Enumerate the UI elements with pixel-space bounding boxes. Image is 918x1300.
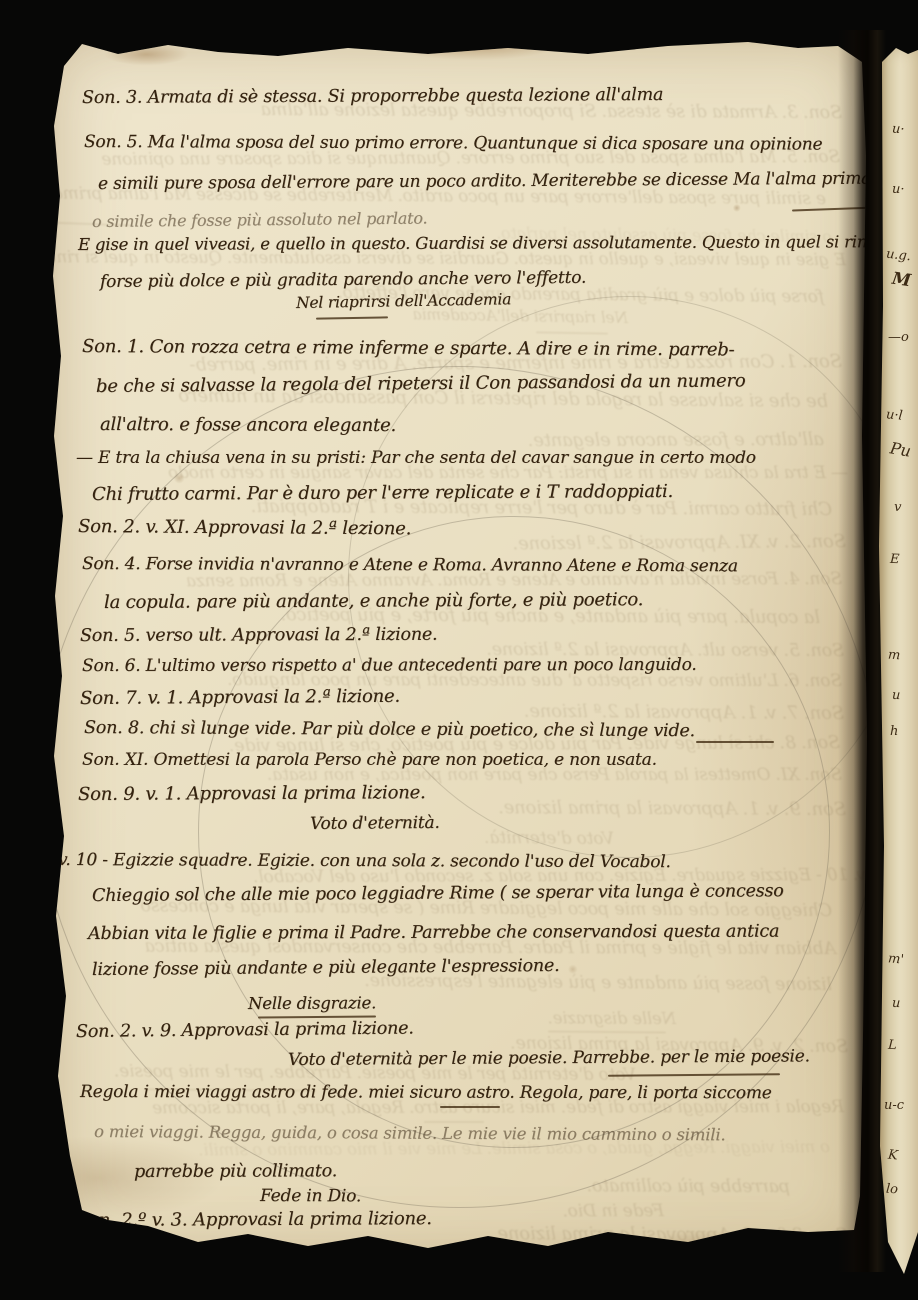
manuscript-line: Son. 7. v. 1. Approvasi la 2.ª lizione. (80, 686, 400, 709)
underline-stroke (696, 741, 774, 743)
manuscript-line: forse più dolce e più gradita parendo an… (100, 268, 586, 292)
page-fragment: Pu (889, 438, 913, 460)
page-fragment: L (888, 1038, 897, 1053)
page-fragment: lo (885, 1182, 898, 1198)
page-gutter (838, 30, 886, 1272)
heading-line: Nel riaprirsi dell'Accademia (296, 290, 512, 312)
page-fragment: u (892, 688, 901, 703)
underline-stroke (316, 316, 388, 319)
manuscript-line: la copula. pare più andante, e anche più… (104, 589, 643, 613)
manuscript-line: all'altro. e fosse ancora elegante. (100, 414, 396, 436)
manuscript-line: Chi frutto carmi. Par è duro per l'erre … (92, 481, 673, 505)
manuscript-line: parrebbe più collimato. (134, 1161, 337, 1182)
manuscript-line: Son. 2.º v. 3. Approvasi la prima lizion… (76, 1208, 432, 1231)
adjacent-page-edge: u· u· u.g. M —o u·l Pu v E m u h m' u L … (878, 46, 918, 1290)
manuscript-line: e simili pure sposa dell'errore pare un … (98, 169, 871, 194)
page-fragment: M (891, 269, 912, 291)
manuscript-line: Regola i miei viaggi astro di fede. miei… (80, 1082, 772, 1103)
manuscript-line: — E tra la chiusa vena in su pristi: Par… (76, 448, 756, 468)
manuscript-line: lizione fosse più andante e più elegante… (92, 956, 560, 980)
manuscript-line: Son. XI. Omettesi la parola Perso chè pa… (82, 750, 657, 770)
manuscript-line: Son. 2. v. 9. Approvasi la prima lizione… (76, 1018, 414, 1042)
underline-stroke (258, 1015, 376, 1018)
page-fragment: u.g. (885, 247, 911, 265)
page-fragment: h (890, 724, 898, 739)
heading-line: Nelle disgrazie. (248, 993, 376, 1013)
manuscript-photo: Son. 3. Armata di sè stessa. Si proporre… (0, 0, 918, 1300)
page-fragment: m' (887, 951, 904, 967)
manuscript-line: be che si salvasse la regola del ripeter… (96, 370, 746, 397)
page-fragment: m (887, 648, 900, 664)
manuscript-line: v. 10 - Egizzie squadre. Egizie. con una… (58, 850, 671, 872)
manuscript-page: Son. 3. Armata di sè stessa. Si proporre… (48, 36, 868, 1264)
underline-stroke (440, 1106, 500, 1108)
manuscript-line: Son. 5. verso ult. Approvasi la 2.ª lizi… (80, 625, 437, 646)
manuscript-line: Son. 5. Ma l'alma sposa del suo primo er… (84, 132, 822, 155)
page-fragment: v (894, 500, 902, 515)
page-fragment: u-c (884, 1098, 904, 1113)
manuscript-line: Son. 4. Forse invidia n'avranno e Atene … (82, 554, 738, 576)
ink-layer: Son. 3. Armata di sè stessa. Si proporre… (48, 36, 868, 1264)
underline-stroke (608, 1073, 780, 1076)
manuscript-line: Son. 8. chi sì lunge vide. Par più dolce… (84, 718, 695, 741)
manuscript-line: Son. 3. Armata di sè stessa. Si proporre… (82, 85, 663, 108)
page-fragment: u· (892, 182, 905, 197)
manuscript-line: Son. 1. Con rozza cetra e rime inferme e… (82, 336, 735, 360)
manuscript-line: Son. 6. L'ultimo verso rispetto a' due a… (82, 655, 697, 676)
manuscript-line: E gise in quel viveasi, e quello in ques… (78, 232, 911, 254)
manuscript-line: o simile che fosse più assoluto nel parl… (92, 208, 428, 231)
heading-line: Fede in Dio. (260, 1186, 361, 1206)
manuscript-line: Son. 9. v. 1. Approvasi la prima lizione… (78, 782, 426, 805)
page-fragment: E (890, 552, 900, 567)
page-fragment: —o (888, 330, 909, 345)
heading-line: Voto d'eternità. (310, 813, 440, 834)
page-fragment: K (887, 1148, 898, 1164)
page-fragment: u (892, 996, 901, 1011)
manuscript-line: Voto d'eternità per le mie poesie. Parre… (288, 1046, 810, 1070)
page-fragment: u· (891, 122, 905, 138)
manuscript-line: Chieggio sol che alle mie poco leggiadre… (92, 881, 784, 906)
page-fragment: u·l (885, 407, 903, 423)
manuscript-line: Son. 2. v. XI. Approvasi la 2.ª lezione. (78, 516, 411, 539)
manuscript-line: Abbian vita le figlie e prima il Padre. … (88, 922, 779, 944)
manuscript-line: o miei viaggi. Regga, guida, o cosa simi… (94, 1122, 726, 1144)
